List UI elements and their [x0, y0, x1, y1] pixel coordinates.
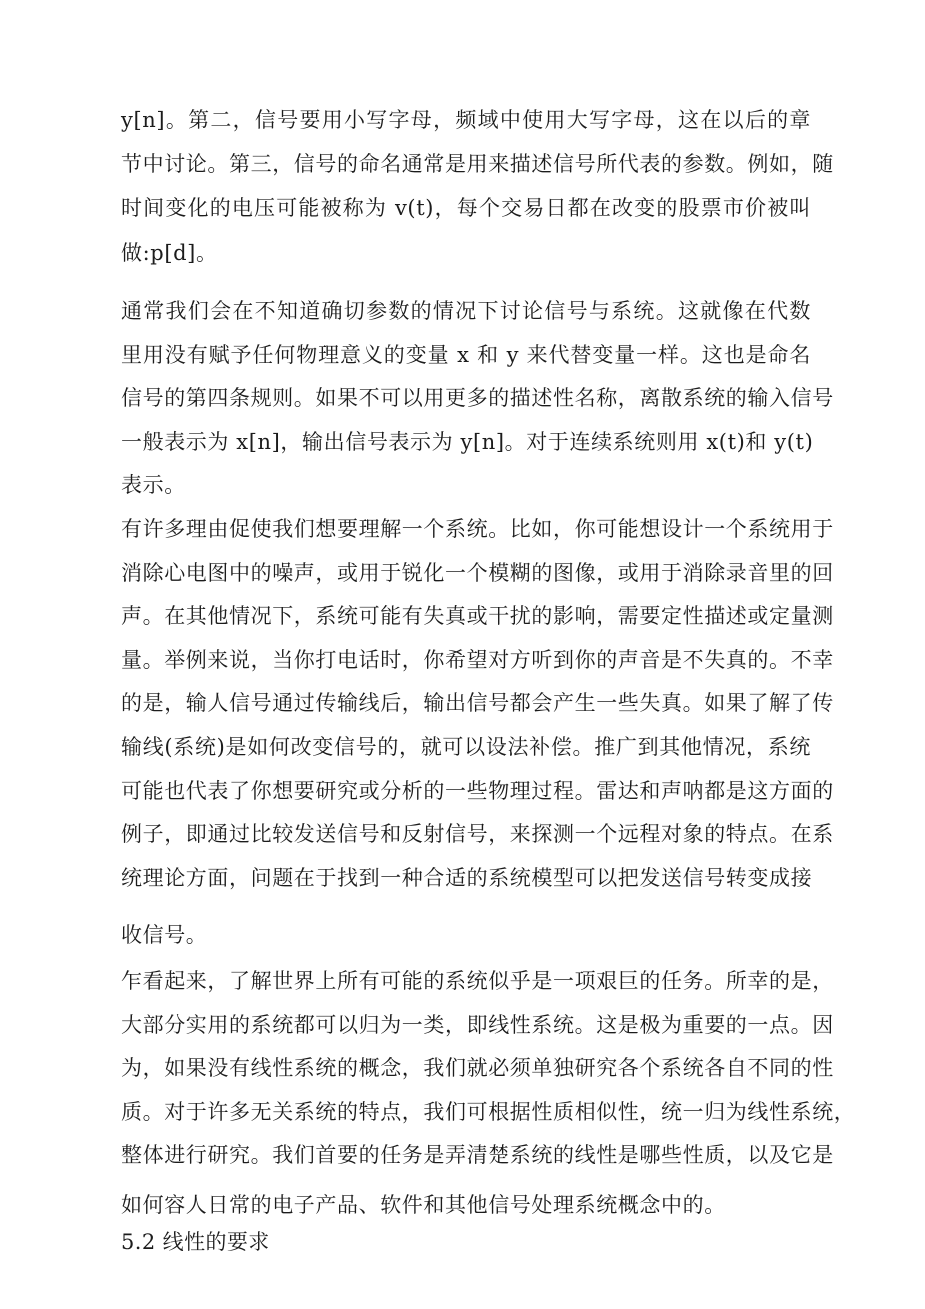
paragraph-3-line-10: 收信号。	[121, 922, 811, 948]
paragraph-3-line-6: 输线(系统)是如何改变信号的，就可以设法补偿。推广到其他情况，系统	[121, 734, 811, 760]
paragraph-1-line-1: y[n]。第二，信号要用小写字母，频域中使用大写字母，这在以后的章	[121, 107, 811, 133]
paragraph-3-line-7: 可能也代表了你想要研究或分析的一些物理过程。雷达和声呐都是这方面的	[121, 778, 811, 804]
paragraph-3-line-2: 消除心电图中的噪声，或用于锐化一个模糊的图像，或用于消除录音里的回	[121, 560, 811, 586]
paragraph-2-line-3: 信号的第四条规则。如果不可以用更多的描述性名称，离散系统的输入信号	[121, 385, 811, 411]
document-page: y[n]。第二，信号要用小写字母，频域中使用大写字母，这在以后的章 节中讨论。第…	[0, 0, 925, 1309]
paragraph-3-line-9: 统理论方面，问题在于找到一种合适的系统模型可以把发送信号转变成接	[121, 865, 811, 891]
paragraph-1-line-2: 节中讨论。第三，信号的命名通常是用来描述信号所代表的参数。例如，随	[121, 151, 811, 177]
paragraph-3-line-5: 的是，输人信号通过传输线后，输出信号都会产生一些失真。如果了解了传	[121, 690, 811, 716]
paragraph-3-line-4: 量。举例来说，当你打电话时，你希望对方听到你的声音是不失真的。不幸	[121, 647, 811, 673]
paragraph-3-line-8: 例子，即通过比较发送信号和反射信号，来探测一个远程对象的特点。在系	[121, 821, 811, 847]
paragraph-1-line-3: 时间变化的电压可能被称为 v(t)，每个交易日都在改变的股票市价被叫	[121, 195, 811, 221]
paragraph-3-line-3: 声。在其他情况下，系统可能有失真或干扰的影响，需要定性描述或定量测	[121, 603, 811, 629]
section-heading: 5.2 线性的要求	[121, 1229, 811, 1255]
paragraph-4-line-6: 如何容人日常的电子产品、软件和其他信号处理系统概念中的。	[121, 1192, 811, 1218]
paragraph-2-line-4: 一般表示为 x[n]，输出信号表示为 y[n]。对于连续系统则用 x(t)和 y…	[121, 429, 811, 455]
paragraph-3-line-1: 有许多理由促使我们想要理解一个系统。比如，你可能想设计一个系统用于	[121, 516, 811, 542]
paragraph-2-line-1: 通常我们会在不知道确切参数的情况下讨论信号与系统。这就像在代数	[121, 298, 811, 324]
paragraph-4-line-5: 整体进行研究。我们首要的任务是弄清楚系统的线性是哪些性质，以及它是	[121, 1142, 811, 1168]
paragraph-4-line-3: 为，如果没有线性系统的概念，我们就必须单独研究各个系统各自不同的性	[121, 1055, 811, 1081]
paragraph-4-line-2: 大部分实用的系统都可以归为一类，即线性系统。这是极为重要的一点。因	[121, 1012, 811, 1038]
paragraph-1-line-4: 做:p[d]。	[121, 240, 811, 266]
paragraph-2-line-5: 表示。	[121, 472, 811, 498]
paragraph-4-line-1: 乍看起来，了解世界上所有可能的系统似乎是一项艰巨的任务。所幸的是，	[121, 968, 811, 994]
paragraph-2-line-2: 里用没有赋予任何物理意义的变量 x 和 y 来代替变量一样。这也是命名	[121, 342, 811, 368]
paragraph-4-line-4: 质。对于许多无关系统的特点，我们可根据性质相似性，统一归为线性系统，	[121, 1099, 811, 1125]
